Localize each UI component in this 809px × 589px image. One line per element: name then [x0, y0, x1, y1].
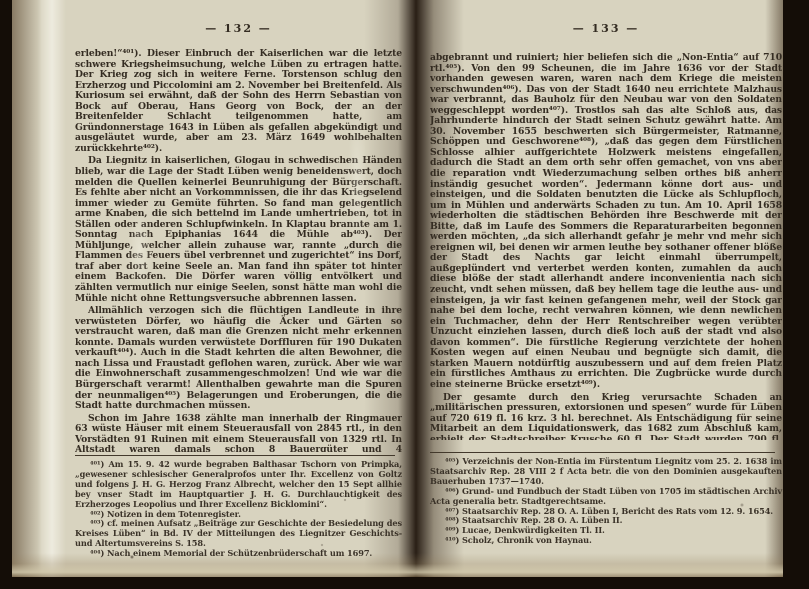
paragraph: Allmählich verzogen sich die flüchtigen … [75, 306, 402, 411]
footnote: ⁴⁰⁴) Nach einem Memorial der Schützenbrü… [75, 549, 402, 559]
footnote-divider [75, 455, 395, 456]
page-edge-highlight [38, 0, 66, 577]
open-book: — 132 — erleben!“⁴⁰¹). Dieser Einbruch d… [12, 0, 783, 577]
footnote: ⁴⁰⁵) Verzeichnis der Non-Entia im Fürste… [430, 457, 782, 487]
footnote-divider [430, 452, 775, 453]
right-page: — 133 — abgebrannt und ruiniert; hier be… [430, 22, 782, 567]
paragraph: Da Liegnitz in kaiserlichen, Glogau in s… [75, 156, 402, 304]
footnote: ⁴⁰³) cf. meinen Aufsatz „Beiträge zur Ge… [75, 519, 402, 549]
paragraph: erleben!“⁴⁰¹). Dieser Einbruch der Kaise… [75, 49, 402, 154]
footnote: ⁴⁰¹) Am 15. 9. 42 wurde begraben Balthas… [75, 460, 402, 510]
book-scan-photo: { "colors": { "paper": "#d8d3bf", "ink":… [0, 0, 809, 589]
left-page-edge-shadow [12, 0, 42, 577]
left-page-footnotes: ⁴⁰¹) Am 15. 9. 42 wurde begraben Balthas… [75, 455, 402, 559]
right-page-footnotes: ⁴⁰⁵) Verzeichnis der Non-Entia im Fürste… [430, 452, 782, 546]
paragraph: abgebrannt und ruiniert; hier beliefen s… [430, 53, 782, 391]
paragraph: Schon im Jahre 1638 zählte man innerhalb… [75, 414, 402, 452]
left-page-body-text: erleben!“⁴⁰¹). Dieser Einbruch der Kaise… [75, 49, 402, 452]
footnote: ⁴⁰⁶) Grund- und Fundbuch der Stadt Lüben… [430, 487, 782, 507]
right-page-body-text: abgebrannt und ruiniert; hier beliefen s… [430, 53, 782, 440]
page-number-left: — 132 — [75, 22, 402, 36]
left-page: — 132 — erleben!“⁴⁰¹). Dieser Einbruch d… [75, 22, 402, 567]
page-number-right: — 133 — [430, 22, 782, 36]
paragraph: Der gesamte durch den Krieg verursachte … [430, 393, 782, 441]
footnote: ⁴¹⁰) Scholz, Chronik von Haynau. [430, 536, 782, 546]
